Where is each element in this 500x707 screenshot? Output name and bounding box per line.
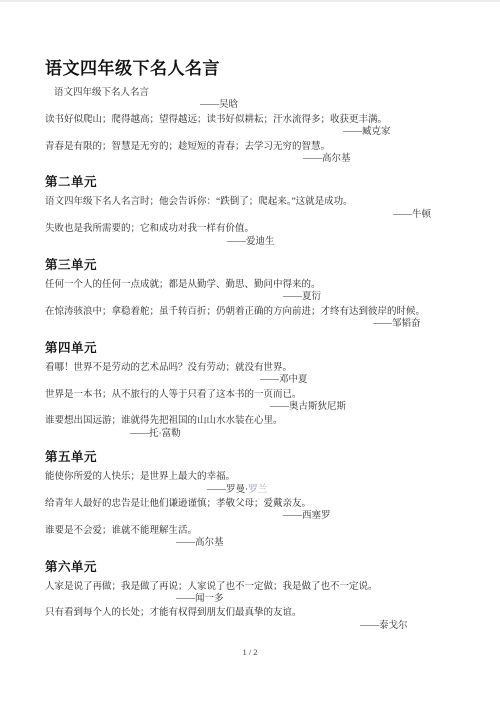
quote-line: 谁要是不会爱；谁就不能理解生活。 <box>45 525 460 537</box>
quote-line: 任何一个人的任何一点成就；都是从勤学、勤思、勤问中得来的。 <box>45 279 460 291</box>
unit-section: 第五单元能使你所爱的人快乐；是世界上最大的幸福。——罗曼·罗兰给青年人最好的忠告… <box>45 449 460 549</box>
attribution-line: ——邹韬奋 <box>45 318 460 330</box>
quote-pair: 只有看到每个人的长处；才能有权得到朋友们最真挚的友谊。——泰戈尔 <box>45 607 460 632</box>
quote-pair: 能使你所爱的人快乐；是世界上最大的幸福。——罗曼·罗兰 <box>45 471 460 496</box>
attribution-line: ——高尔基 <box>45 153 460 165</box>
attribution-line: ——罗曼·罗兰 <box>45 484 460 496</box>
quote-line: 失败也是我所需要的；它和成功对我一样有价值。 <box>45 223 460 235</box>
section-heading: 第五单元 <box>45 449 460 465</box>
section-heading: 第二单元 <box>45 174 460 190</box>
quote-pair: 给青年人最好的忠告是让他们谦逊谨慎；孝敬父母；爱戴亲友。——西塞罗 <box>45 498 460 523</box>
quote-pair: 人家是说了再做；我是做了再说；人家说了也不一定做；我是做了也不一定说。——闻一多 <box>45 581 460 606</box>
unit-section: 第六单元人家是说了再做；我是做了再说；人家说了也不一定做；我是做了也不一定说。—… <box>45 559 460 633</box>
document-content: 语文四年级下名人名言 语文四年级下名人名言 ——吴晗读书好似爬山；爬得越高；望得… <box>45 58 460 632</box>
attribution-line: ——奥古斯狄尼斯 <box>45 401 460 413</box>
attribution-line: ——闻一多 <box>45 593 460 605</box>
quote-line: 谁要想出国远游；谁就得先把祖国的山山水水装在心里。 <box>45 415 460 427</box>
attribution-name: ——罗曼· <box>207 485 248 495</box>
quote-pair: 看哪！世界不是劳动的艺术品吗？没有劳动；就没有世界。——邓中夏 <box>45 362 460 387</box>
quote-pair: 在惊涛骇浪中；拿稳着舵；虽千转百折；仍朝着正确的方向前进；才终有达到彼岸的时候。… <box>45 306 460 331</box>
attribution-line: ——邓中夏 <box>45 374 460 386</box>
attribution-line: ——爱迪生 <box>45 236 460 248</box>
attribution-name: ——爱迪生 <box>227 237 275 247</box>
attribution-name: ——牛顿 <box>393 210 431 220</box>
quote-line: 青春是有限的；智慧是无穷的；趁短短的青春；去学习无穷的智慧。 <box>45 141 460 153</box>
quote-line: 只有看到每个人的长处；才能有权得到朋友们最真挚的友谊。 <box>45 607 460 619</box>
quote-pair: 青春是有限的；智慧是无穷的；趁短短的青春；去学习无穷的智慧。——高尔基 <box>45 141 460 166</box>
attribution-name: ——泰戈尔 <box>360 621 408 631</box>
unit-section: 第二单元语文四年级下名人名言时；他会告诉你：“跌倒了；爬起来。”这就是成功。——… <box>45 174 460 248</box>
quote-line: 给青年人最好的忠告是让他们谦逊谨慎；孝敬父母；爱戴亲友。 <box>45 498 460 510</box>
quote-pair: 世界是一本书；从不旅行的人等于只看了这本书的一页而已。——奥古斯狄尼斯 <box>45 389 460 414</box>
attribution-name: ——闻一多 <box>176 594 224 604</box>
quote-pair: 谁要想出国远游；谁就得先把祖国的山山水水装在心里。——托·富勒 <box>45 415 460 440</box>
attribution-name: ——夏衍 <box>283 292 321 302</box>
attribution-line: ——臧克家 <box>45 126 460 138</box>
quote-line: 世界是一本书；从不旅行的人等于只看了这本书的一页而已。 <box>45 389 460 401</box>
quote-line: 能使你所爱的人快乐；是世界上最大的幸福。 <box>45 471 460 483</box>
attribution-line: ——夏衍 <box>45 291 460 303</box>
attribution-line: ——托·富勒 <box>45 428 460 440</box>
quote-line: 看哪！世界不是劳动的艺术品吗？没有劳动；就没有世界。 <box>45 362 460 374</box>
attribution-name: ——高尔基 <box>176 538 224 548</box>
quote-pair: ——吴晗 <box>45 99 460 111</box>
attribution-name: ——西塞罗 <box>283 511 331 521</box>
section-heading: 第三单元 <box>45 257 460 273</box>
section-list: 第二单元语文四年级下名人名言时；他会告诉你：“跌倒了；爬起来。”这就是成功。——… <box>45 174 460 632</box>
attribution-name: ——邹韬奋 <box>373 319 421 329</box>
attribution-name: ——臧克家 <box>343 127 391 137</box>
attribution-name: ——吴晗 <box>200 100 238 110</box>
quote-pair: 读书好似爬山；爬得越高；望得越远；读书好似耕耘；汗水流得多；收获更丰满。——臧克… <box>45 114 460 139</box>
quote-pair: 失败也是我所需要的；它和成功对我一样有价值。——爱迪生 <box>45 223 460 248</box>
attribution-name-light: 罗兰 <box>248 485 267 495</box>
document-subtitle: 语文四年级下名人名言 <box>54 87 460 99</box>
page-title: 语文四年级下名人名言 <box>45 58 460 79</box>
attribution-name: ——邓中夏 <box>260 375 308 385</box>
intro-quote-list: ——吴晗读书好似爬山；爬得越高；望得越远；读书好似耕耘；汗水流得多；收获更丰满。… <box>45 99 460 165</box>
document-page: 语文四年级下名人名言 语文四年级下名人名言 ——吴晗读书好似爬山；爬得越高；望得… <box>0 0 500 707</box>
quote-line: 读书好似爬山；爬得越高；望得越远；读书好似耕耘；汗水流得多；收获更丰满。 <box>45 114 460 126</box>
attribution-name: ——托·富勒 <box>130 429 181 439</box>
quote-pair: 谁要是不会爱；谁就不能理解生活。——高尔基 <box>45 525 460 550</box>
attribution-line: ——高尔基 <box>45 537 460 549</box>
attribution-line: ——吴晗 <box>45 99 460 111</box>
section-heading: 第六单元 <box>45 559 460 575</box>
attribution-name: ——奥古斯狄尼斯 <box>270 402 346 412</box>
attribution-line: ——牛顿 <box>45 209 460 221</box>
unit-section: 第四单元看哪！世界不是劳动的艺术品吗？没有劳动；就没有世界。——邓中夏世界是一本… <box>45 340 460 440</box>
quote-pair: 任何一个人的任何一点成就；都是从勤学、勤思、勤问中得来的。——夏衍 <box>45 279 460 304</box>
attribution-line: ——泰戈尔 <box>45 620 460 632</box>
page-number-indicator: 1 / 2 <box>0 647 500 657</box>
quote-line: 在惊涛骇浪中；拿稳着舵；虽千转百折；仍朝着正确的方向前进；才终有达到彼岸的时候。 <box>45 306 460 318</box>
attribution-line: ——西塞罗 <box>45 510 460 522</box>
unit-section: 第三单元任何一个人的任何一点成就；都是从勤学、勤思、勤问中得来的。——夏衍在惊涛… <box>45 257 460 331</box>
quote-pair: 语文四年级下名人名言时；他会告诉你：“跌倒了；爬起来。”这就是成功。——牛顿 <box>45 196 460 221</box>
section-heading: 第四单元 <box>45 340 460 356</box>
attribution-name: ——高尔基 <box>303 154 351 164</box>
quote-line: 人家是说了再做；我是做了再说；人家说了也不一定做；我是做了也不一定说。 <box>45 581 460 593</box>
quote-line: 语文四年级下名人名言时；他会告诉你：“跌倒了；爬起来。”这就是成功。 <box>45 196 460 208</box>
